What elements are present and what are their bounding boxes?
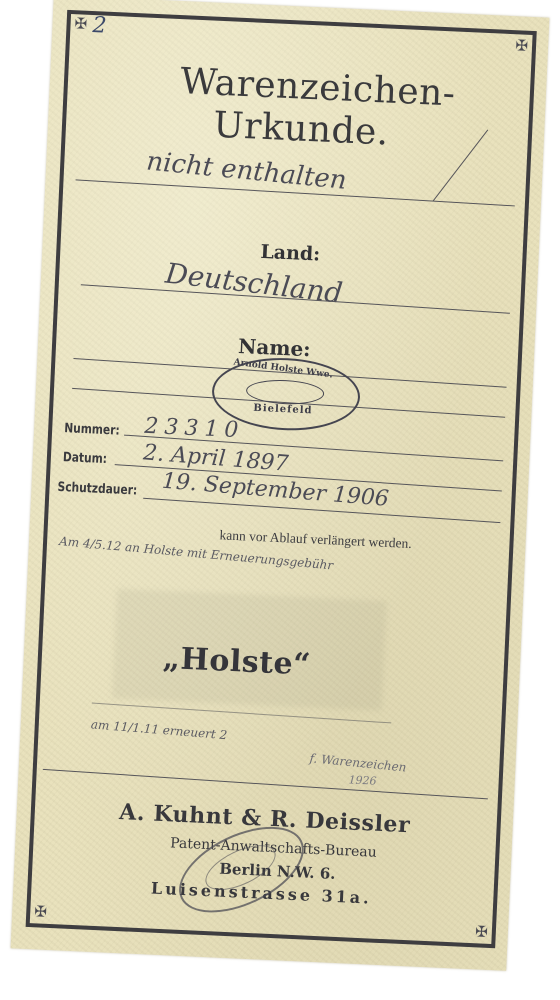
nummer-label: Nummer: (64, 421, 120, 439)
trademark-certificate: ✠ ✠ ✠ ✠ 2 Warenzeichen- Urkunde. nicht e… (11, 0, 550, 971)
corner-ornament-icon: ✠ (475, 924, 488, 940)
corner-handwritten-number: 2 (92, 13, 107, 39)
lower-annotation-3: 1926 (348, 773, 377, 787)
corner-ornament-icon: ✠ (74, 16, 87, 32)
scan-canvas: ✠ ✠ ✠ ✠ 2 Warenzeichen- Urkunde. nicht e… (0, 0, 560, 1000)
land-label: Land: (260, 241, 321, 266)
corner-ornament-icon: ✠ (515, 38, 528, 54)
corner-ornament-icon: ✠ (34, 904, 47, 920)
datum-label: Datum: (63, 450, 108, 467)
